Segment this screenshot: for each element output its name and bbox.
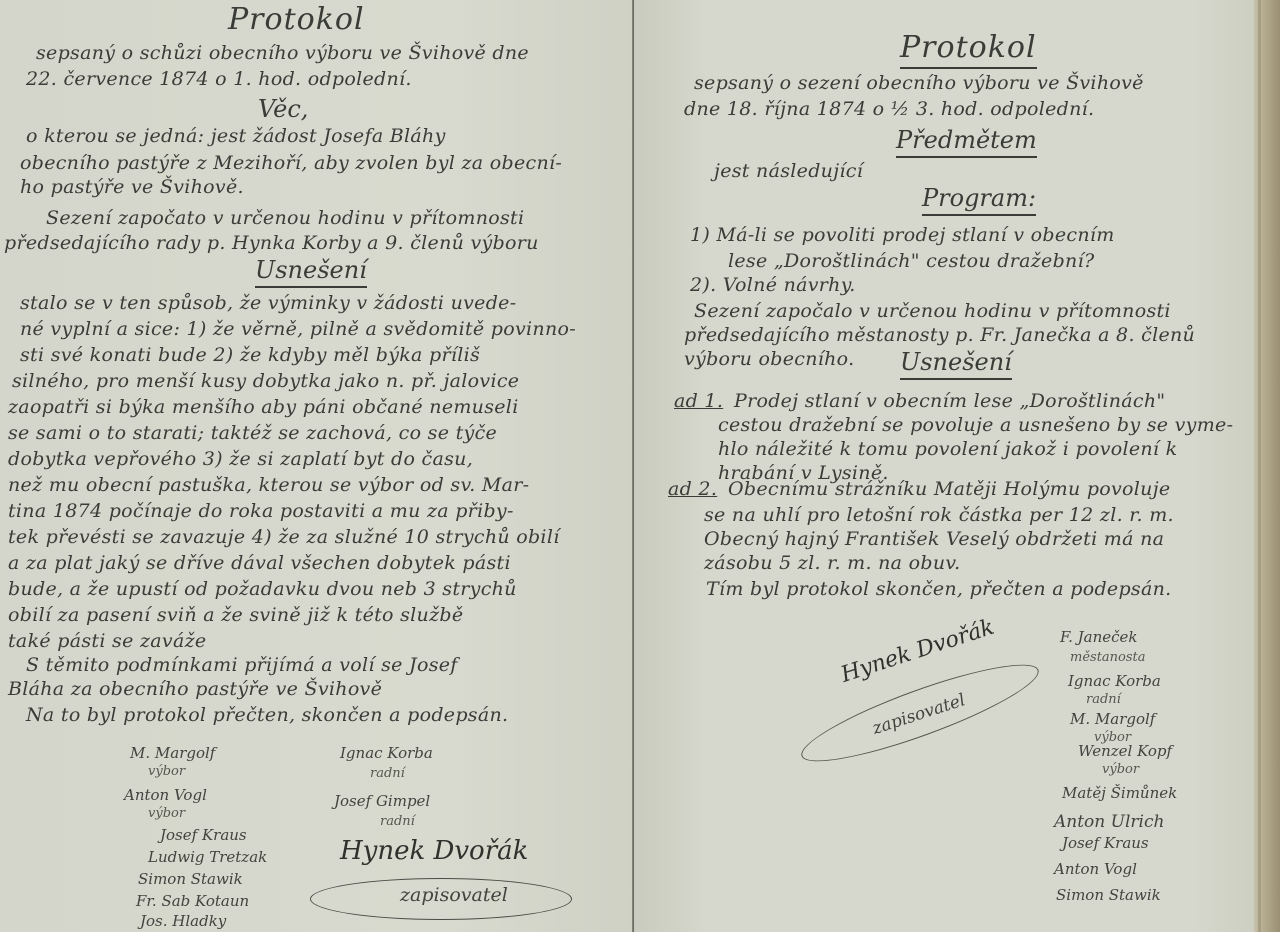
left-page: Protokol sepsaný o schůzi obecního výbor… [0,0,634,932]
left-opening-line-1: Sezení započato v určenou hodinu v příto… [46,207,524,229]
right-page: Protokol sepsaný o sezení obecního výbor… [634,0,1254,932]
right-intro-line-2: dne 18. října 1874 o ½ 3. hod. odpolední… [684,98,1094,120]
signature: Josef Kraus [160,826,247,844]
left-resolution-line-7: dobytka vepřového 3) že si zaplatí byt d… [8,448,473,470]
signature: Jos. Hladky [140,912,226,930]
left-resolution-line-9: tina 1874 počínaje do roka postaviti a m… [8,500,514,522]
left-resolution-line-3: sti své konati bude 2) že kdyby měl býka… [20,344,480,366]
program-heading: Program: [922,184,1036,216]
left-resolution-line-6: se sami o to starati; taktéž se zachová,… [8,422,497,444]
left-resolution-line-4: silného, pro menší kusy dobytka jako n. … [12,370,519,392]
right-opening-line-1: Sezení započalo v určenou hodinu v příto… [694,300,1171,322]
left-subject-line-1: o kterou se jedná: jest žádost Josefa Bl… [26,125,446,147]
left-page-title: Protokol [228,2,365,37]
signature: Ignac Korba [1068,672,1161,690]
right-opening-line-2: předsedajícího městanosty p. Fr. Janečka… [684,324,1195,346]
resolution-1-line-2: cestou dražební se povoluje a usnešeno b… [718,414,1233,436]
left-resolution-line-12: bude, a že upustí od požadavku dvou neb … [8,578,517,600]
left-conclusion-line-3: Na to byl protokol přečten, skončen a po… [26,704,508,726]
signature: Josef Kraus [1062,834,1149,852]
signature-role: výbor [148,764,185,779]
resolution-2-line-4: zásobu 5 zl. r. m. na obuv. [704,552,961,574]
left-intro-line-2: 22. července 1874 o 1. hod. odpolední. [26,68,412,90]
right-opening-line-3: výboru obecního. [684,348,854,370]
signature-role: radní [370,766,405,781]
resolution-2-line-2: se na uhlí pro letošní rok částka per 12… [704,504,1174,526]
signature: Simon Stawik [1056,886,1161,904]
signature: M. Margolf [130,744,215,762]
signature: Anton Ulrich [1054,812,1164,832]
resolution-label-2: ad 2. [668,478,717,500]
signature: Wenzel Kopf [1078,742,1172,760]
right-conclusion: Tím byl protokol skončen, přečten a pode… [706,578,1171,600]
signature: M. Margolf [1070,710,1155,728]
left-conclusion-line-1: S těmito podmínkami přijímá a volí se Jo… [26,654,458,676]
left-resolution-line-14: také pásti se zaváže [8,630,206,652]
signature: Simon Stawik [138,870,243,888]
left-resolution-line-2: né vyplní a sice: 1) že věrně, pilně a s… [20,318,576,340]
signature: Fr. Sab Kotaun [136,892,249,910]
signature: Ignac Korba [340,744,433,762]
open-ledger: Protokol sepsaný o schůzi obecního výbor… [0,0,1280,932]
signature: Ludwig Tretzak [148,848,267,866]
resolution-1-line-1: Prodej stlaní v obecním lese „Doroštliná… [734,390,1165,412]
left-resolution-line-11: a za plat jaký se dříve dával všechen do… [8,552,511,574]
signature: Matěj Šimůnek [1062,784,1177,802]
resolution-2-line-3: Obecný hajný František Veselý obdržeti m… [704,528,1164,550]
signature: Josef Gimpel [334,792,430,810]
left-subject-heading: Věc, [258,95,308,123]
left-resolution-line-1: stalo se v ten spůsob, že výminky v žádo… [20,292,516,314]
signature-role: městanosta [1070,650,1146,665]
right-subject-line: jest následující [714,160,863,182]
right-resolution-heading: Usnešení [900,348,1012,380]
left-resolution-line-5: zaopatři si býka menšího aby páni občané… [8,396,519,418]
right-subject-heading: Předmětem [896,126,1037,158]
left-subject-line-2: obecního pastýře z Mezihoří, aby zvolen … [20,152,562,174]
signature: Anton Vogl [124,786,207,804]
left-conclusion-line-2: Bláha za obecního pastýře ve Švihově [8,678,382,700]
recorder-role: zapisovatel [400,884,508,906]
right-page-title: Protokol [900,30,1037,69]
signature-role: výbor [1102,762,1139,777]
program-item-1-cont: lese „Doroštlinách" cestou dražební? [728,250,1094,272]
left-intro-line-1: sepsaný o schůzi obecního výboru ve Švih… [36,42,529,64]
left-resolution-line-13: obilí za pasení sviň a že svině již k té… [8,604,463,626]
right-intro-line-1: sepsaný o sezení obecního výboru ve Švih… [694,72,1144,94]
recorder-signature: Hynek Dvořák [340,836,528,866]
book-cover-edge [1254,0,1280,932]
signature: F. Janeček [1060,628,1137,646]
resolution-label-1: ad 1. [674,390,723,412]
signature-role: radní [380,814,415,829]
signature-role: výbor [148,806,185,821]
program-item-2: 2). Volné návrhy. [690,274,856,296]
left-resolution-line-8: než mu obecní pastuška, kterou se výbor … [8,474,529,496]
resolution-1-line-3: hlo náležité k tomu povolení jakož i pov… [718,438,1177,460]
signature-role: radní [1086,692,1121,707]
signature: Anton Vogl [1054,860,1137,878]
resolution-2-line-1: Obecnímu strážníku Matěji Holýmu povoluj… [728,478,1170,500]
left-resolution-line-10: tek převésti se zavazuje 4) že za služné… [8,526,560,548]
left-subject-line-3: ho pastýře ve Švihově. [20,176,244,198]
program-item-1: 1) Má-li se povoliti prodej stlaní v obe… [690,224,1115,246]
left-resolution-heading: Usnešení [255,256,367,288]
signature-flourish [794,648,1047,777]
left-opening-line-2: předsedajícího rady p. Hynka Korby a 9. … [4,232,539,254]
